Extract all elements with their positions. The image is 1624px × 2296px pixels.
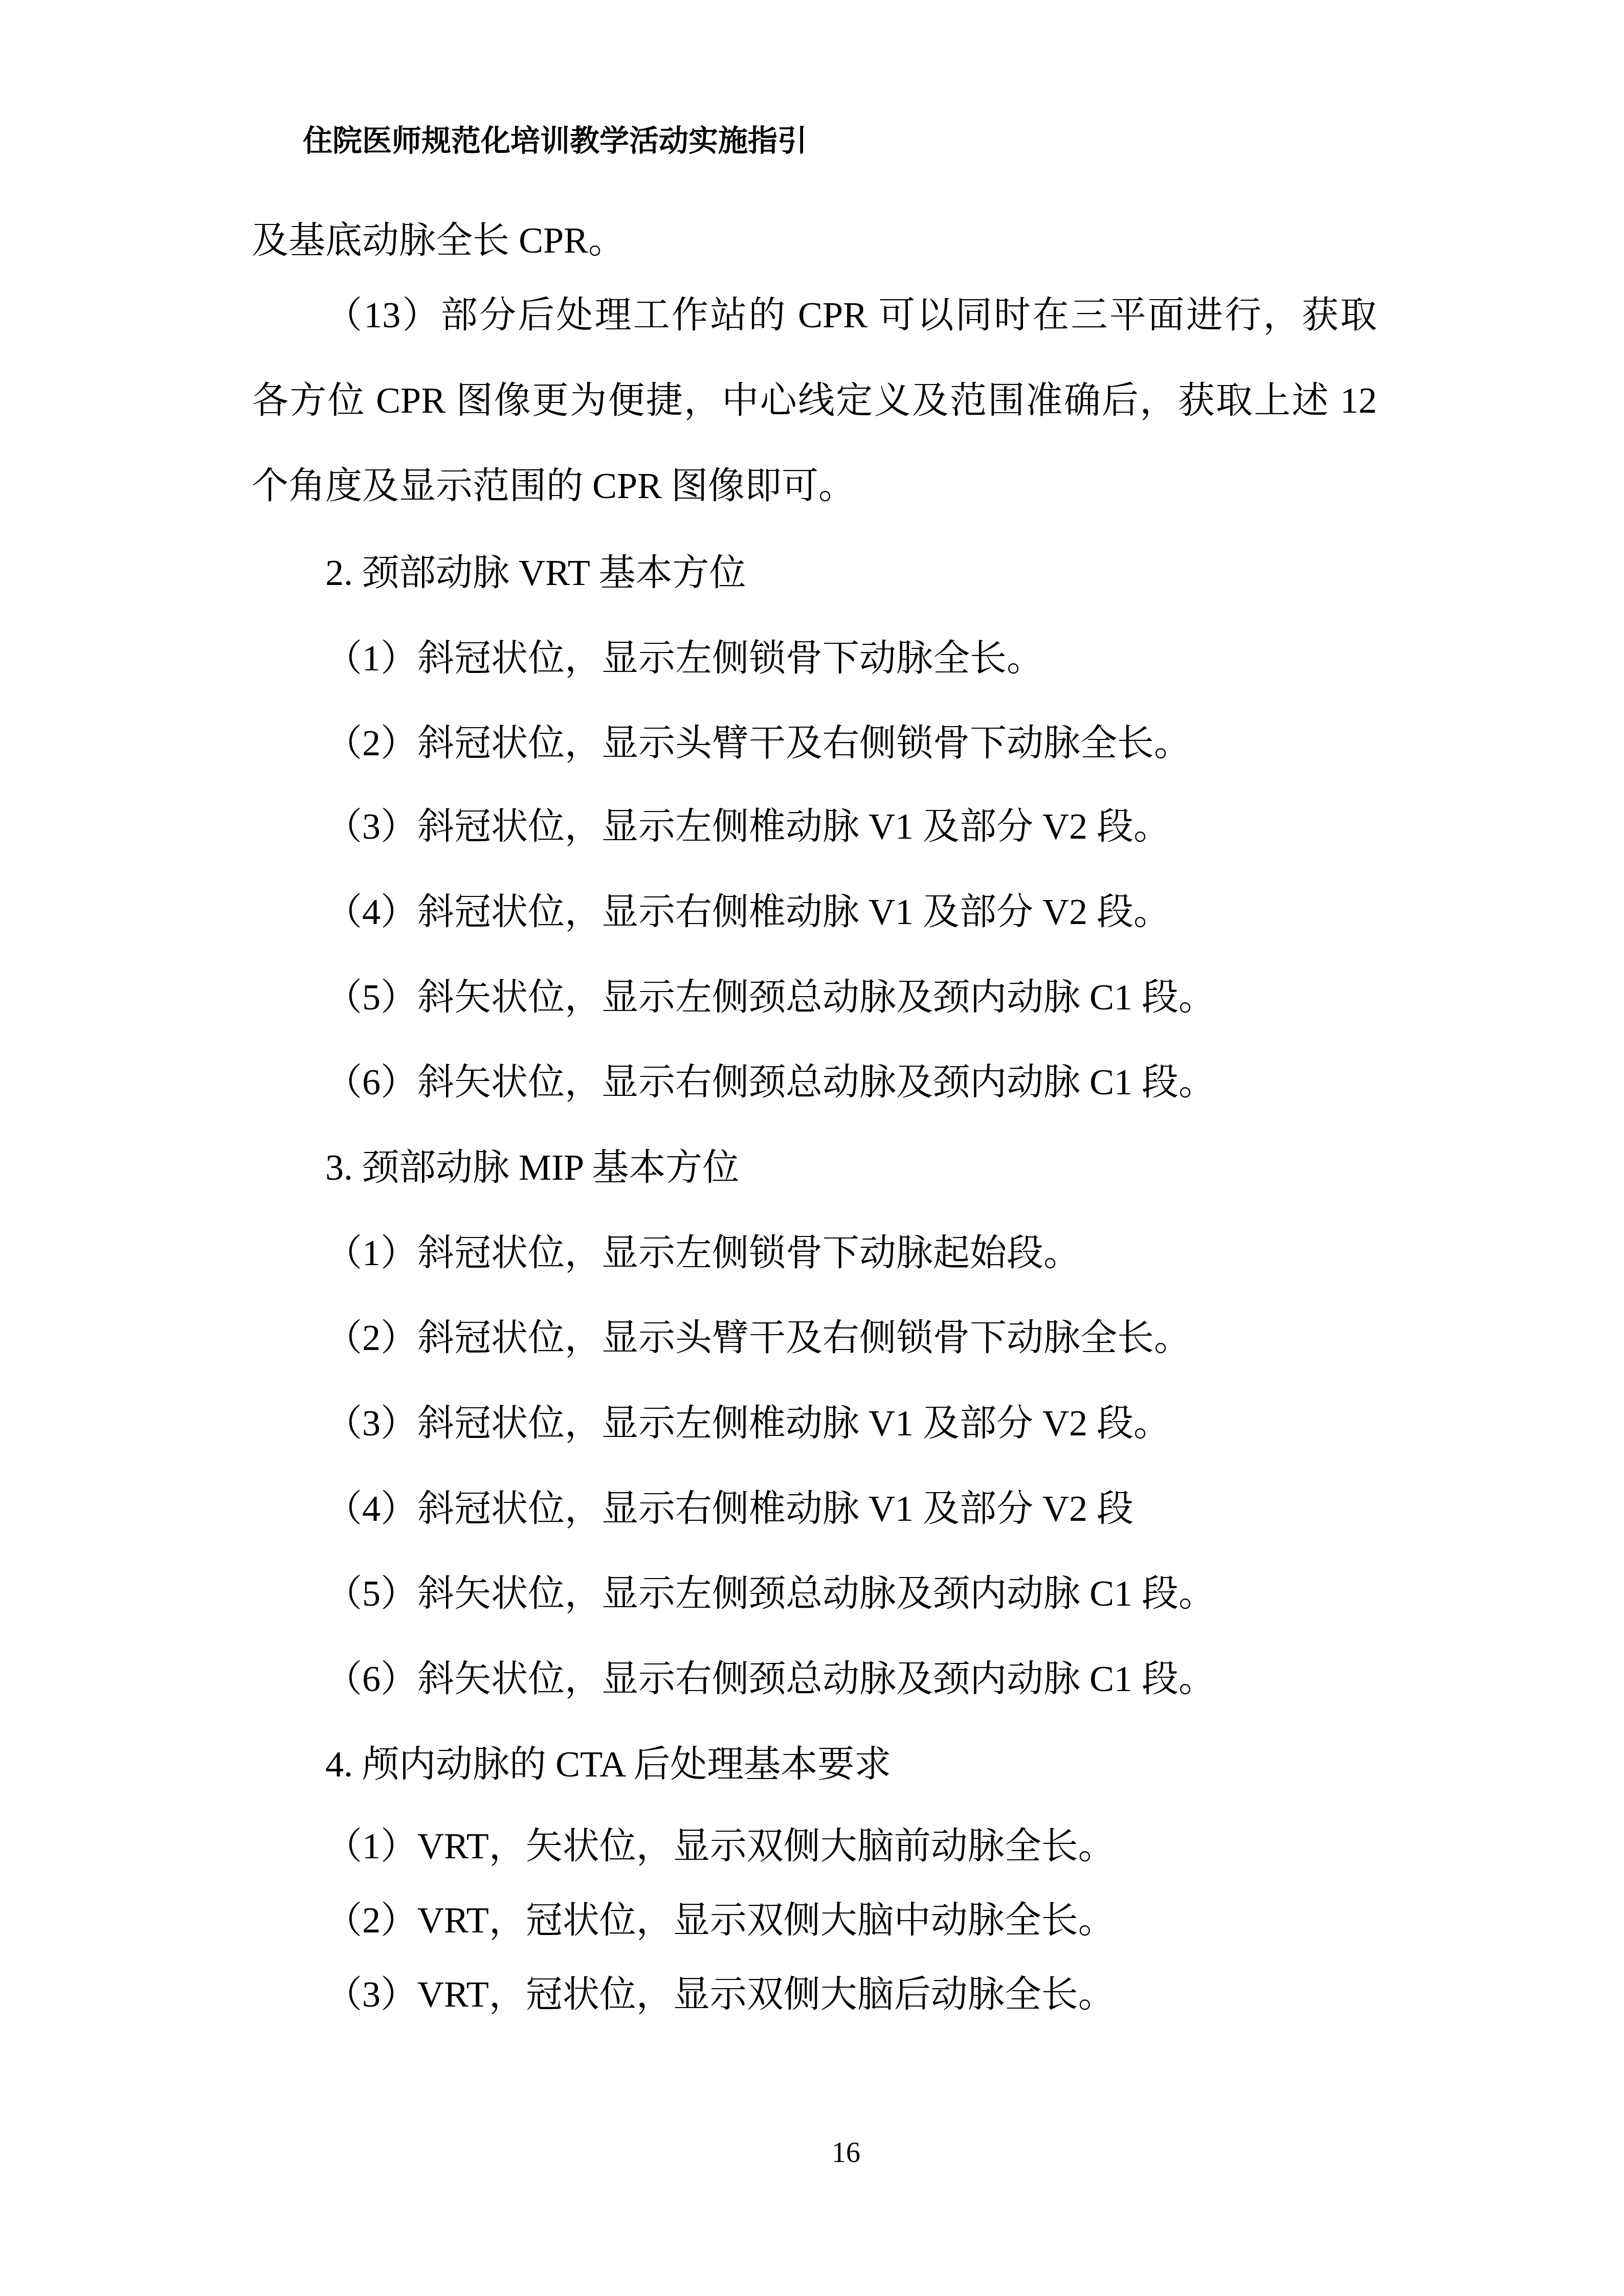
document-header: 住院医师规范化培训教学活动实施指引	[303, 126, 807, 156]
section2-list-item-6: （6）斜矢状位，显示右侧颈总动脉及颈内动脉 C1 段。	[252, 1064, 1377, 1100]
section3-list-item-4: （4）斜冠状位，显示右侧椎动脉 V1 及部分 V2 段	[252, 1490, 1377, 1527]
section3-list-item-3: （3）斜冠状位，显示左侧椎动脉 V1 及部分 V2 段。	[252, 1405, 1377, 1442]
document-page: 住院医师规范化培训教学活动实施指引 及基底动脉全长 CPR。 （13）部分后处理…	[0, 0, 1624, 2296]
section3-list-item-6: （6）斜矢状位，显示右侧颈总动脉及颈内动脉 C1 段。	[252, 1660, 1377, 1697]
section3-list-item-2: （2）斜冠状位，显示头臂干及右侧锁骨下动脉全长。	[252, 1319, 1377, 1356]
section4-list-item-2: （2）VRT，冠状位，显示双侧大脑中动脉全长。	[252, 1902, 1377, 1939]
paragraph-item-13-line-2: 各方位 CPR 图像更为便捷，中心线定义及范围准确后，获取上述 12	[252, 382, 1377, 419]
page-number: 16	[283, 2139, 1409, 2167]
section2-list-item-5: （5）斜矢状位，显示左侧颈总动脉及颈内动脉 C1 段。	[252, 979, 1377, 1016]
paragraph-item-13-line-1: （13）部分后处理工作站的 CPR 可以同时在三平面进行，获取	[252, 297, 1377, 333]
section-heading-3: 3. 颈部动脉 MIP 基本方位	[252, 1149, 1377, 1186]
section2-list-item-2: （2）斜冠状位，显示头臂干及右侧锁骨下动脉全长。	[252, 725, 1377, 761]
section3-list-item-1: （1）斜冠状位，显示左侧锁骨下动脉起始段。	[252, 1234, 1377, 1271]
section3-list-item-5: （5）斜矢状位，显示左侧颈总动脉及颈内动脉 C1 段。	[252, 1575, 1377, 1612]
section4-list-item-1: （1）VRT，矢状位，显示双侧大脑前动脉全长。	[252, 1828, 1377, 1864]
paragraph-item-13-line-3: 个角度及显示范围的 CPR 图像即可。	[252, 467, 1377, 504]
section-heading-2: 2. 颈部动脉 VRT 基本方位	[252, 554, 1377, 591]
section2-list-item-1: （1）斜冠状位，显示左侧锁骨下动脉全长。	[252, 640, 1377, 677]
section2-list-item-4: （4）斜冠状位，显示右侧椎动脉 V1 及部分 V2 段。	[252, 893, 1377, 930]
section4-list-item-3: （3）VRT，冠状位，显示双侧大脑后动脉全长。	[252, 1976, 1377, 2013]
section-heading-4: 4. 颅内动脉的 CTA 后处理基本要求	[252, 1746, 1377, 1783]
paragraph-continuation-line: 及基底动脉全长 CPR。	[252, 222, 1377, 259]
section2-list-item-3: （3）斜冠状位，显示左侧椎动脉 V1 及部分 V2 段。	[252, 808, 1377, 845]
